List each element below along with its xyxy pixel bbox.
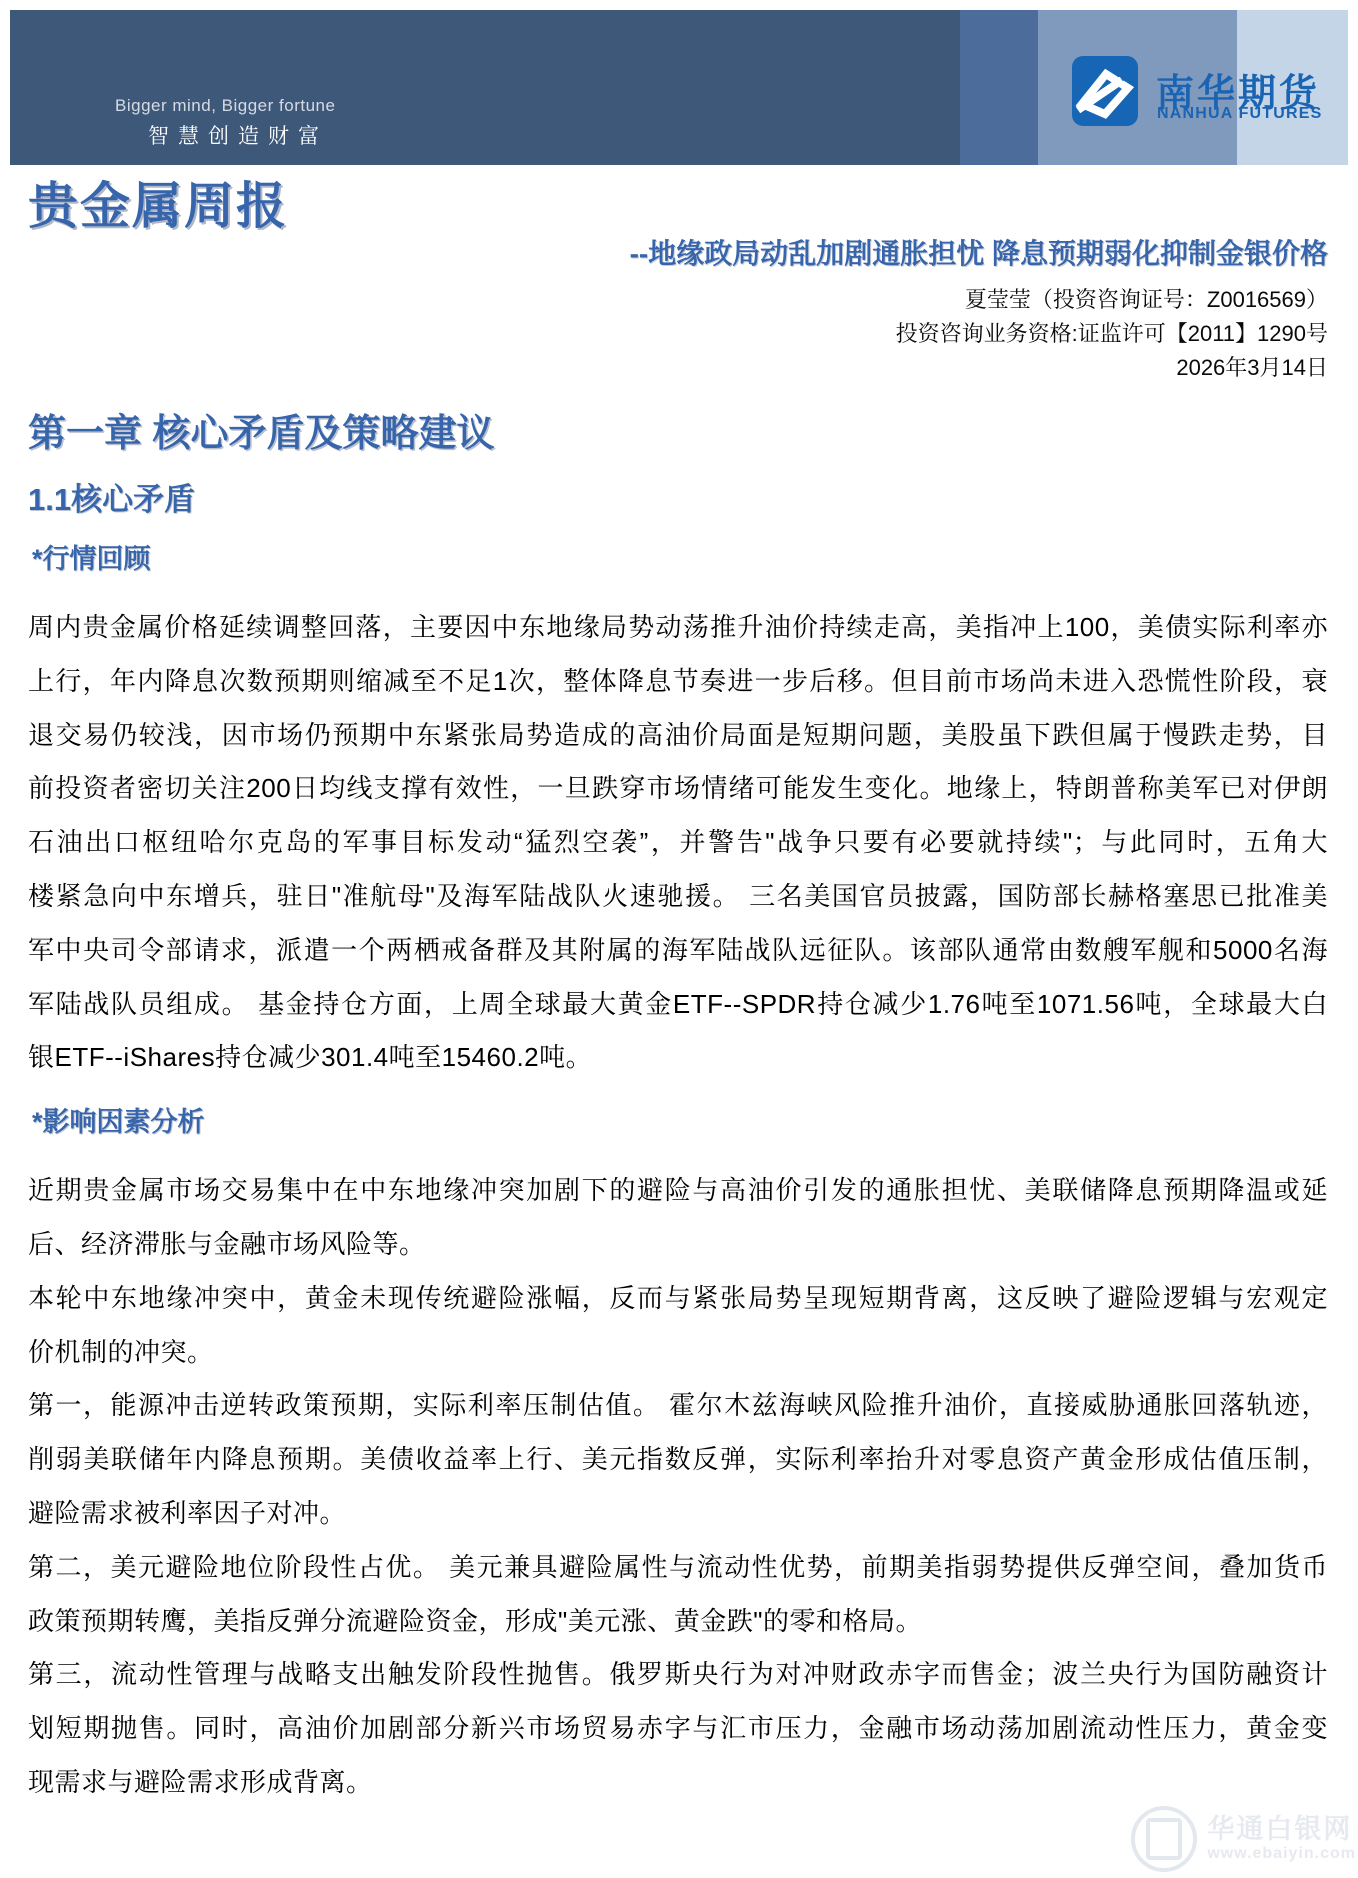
report-section: *行情回顾周内贵金属价格延续调整回落，主要因中东地缘局势动荡推升油价持续走高，美…: [28, 542, 1328, 1085]
author-info-block: 夏莹莹（投资咨询证号：Z0016569） 投资咨询业务资格:证监许可【2011】…: [896, 283, 1328, 385]
paragraph-line: 周内贵金属价格延续调整回落，主要因中东地缘局势动荡推升油价持续走高，美指冲上10…: [28, 601, 1328, 655]
report-section: *影响因素分析近期贵金属市场交易集中在中东地缘冲突加剧下的避险与高油价引发的通胀…: [28, 1105, 1328, 1810]
report-title: 贵金属周报: [28, 166, 288, 238]
paragraph-line: 划短期抛售。同时，高油价加剧部分新兴市场贸易赤字与汇市压力，金融市场动荡加剧流动…: [28, 1702, 1328, 1756]
paragraph-line: 避险需求被利率因子对冲。: [28, 1487, 1328, 1541]
watermark: 华通白银网 www.ebaiyin.com: [1131, 1806, 1356, 1872]
paragraph-line: 政策预期转鹰，美指反弹分流避险资金，形成"美元涨、黄金跌"的零和格局。: [28, 1595, 1328, 1649]
tagline-english: Bigger mind, Bigger fortune: [115, 96, 335, 116]
chapter-subheading: 1.1核心矛盾: [28, 474, 195, 519]
paragraph-line: 石油出口枢纽哈尔克岛的军事目标发动“猛烈空袭”，并警告"战争只要有必要就持续"；…: [28, 816, 1328, 870]
header-banner: Bigger mind, Bigger fortune 智慧创造财富 南华期货 …: [10, 10, 1348, 165]
paragraph: 第二，美元避险地位阶段性占优。 美元兼具避险属性与流动性优势，前期美指弱势提供反…: [28, 1541, 1328, 1649]
paragraph-line: 现需求与避险需求形成背离。: [28, 1756, 1328, 1810]
watermark-site-name: 华通白银网: [1207, 1814, 1356, 1845]
paragraph: 近期贵金属市场交易集中在中东地缘冲突加剧下的避险与高油价引发的通胀担忧、美联储降…: [28, 1164, 1328, 1272]
paragraph: 第一，能源冲击逆转政策预期，实际利率压制估值。 霍尔木兹海峡风险推升油价，直接威…: [28, 1379, 1328, 1540]
paragraph-line: 银ETF--iShares持仓减少301.4吨至15460.2吨。: [28, 1031, 1328, 1085]
paragraph-line: 近期贵金属市场交易集中在中东地缘冲突加剧下的避险与高油价引发的通胀担忧、美联储降…: [28, 1164, 1328, 1218]
paragraph: 本轮中东地缘冲突中，黄金未现传统避险涨幅，反而与紧张局势呈现短期背离，这反映了避…: [28, 1272, 1328, 1380]
paragraph-line: 削弱美联储年内降息预期。美债收益率上行、美元指数反弹，实际利率抬升对零息资产黄金…: [28, 1433, 1328, 1487]
paragraph: 第三，流动性管理与战略支出触发阶段性抛售。俄罗斯央行为对冲财政赤字而售金；波兰央…: [28, 1648, 1328, 1809]
paragraph-line: 价机制的冲突。: [28, 1326, 1328, 1380]
watermark-site-url: www.ebaiyin.com: [1207, 1845, 1356, 1863]
section-label: *行情回顾: [32, 542, 1328, 576]
section-label: *影响因素分析: [32, 1105, 1328, 1139]
paragraph-line: 军中央司令部请求，派遣一个两栖戒备群及其附属的海军陆战队远征队。该部队通常由数艘…: [28, 924, 1328, 978]
paragraph-line: 上行，年内降息次数预期则缩减至不足1次，整体降息节奏进一步后移。但目前市场尚未进…: [28, 655, 1328, 709]
logo-name-english: NANHUA FUTURES: [1157, 105, 1323, 123]
nanhua-logo-icon: [1072, 56, 1138, 126]
paragraph-line: 军陆战队员组成。 基金持仓方面，上周全球最大黄金ETF--SPDR持仓减少1.7…: [28, 978, 1328, 1032]
report-page: Bigger mind, Bigger fortune 智慧创造财富 南华期货 …: [0, 0, 1358, 1878]
report-date: 2026年3月14日: [896, 351, 1328, 385]
paragraph-line: 第一，能源冲击逆转政策预期，实际利率压制估值。 霍尔木兹海峡风险推升油价，直接威…: [28, 1379, 1328, 1433]
paragraph-line: 前投资者密切关注200日均线支撑有效性，一旦跌穿市场情绪可能发生变化。地缘上，特…: [28, 762, 1328, 816]
chapter-heading: 第一章 核心矛盾及策略建议: [28, 402, 495, 457]
report-subtitle: --地缘政局动乱加剧通胀担忧 降息预期弱化抑制金银价格: [630, 232, 1328, 272]
header-band-medium: [960, 10, 1038, 165]
watermark-coin-icon: [1131, 1806, 1197, 1872]
paragraph: 周内贵金属价格延续调整回落，主要因中东地缘局势动荡推升油价持续走高，美指冲上10…: [28, 601, 1328, 1085]
paragraph-line: 本轮中东地缘冲突中，黄金未现传统避险涨幅，反而与紧张局势呈现短期背离，这反映了避…: [28, 1272, 1328, 1326]
qualification-line: 投资咨询业务资格:证监许可【2011】1290号: [896, 317, 1328, 351]
report-sections: *行情回顾周内贵金属价格延续调整回落，主要因中东地缘局势动荡推升油价持续走高，美…: [28, 542, 1328, 1810]
tagline-chinese: 智慧创造财富: [148, 120, 328, 150]
paragraph-line: 后、经济滞胀与金融市场风险等。: [28, 1218, 1328, 1272]
paragraph-line: 楼紧急向中东增兵，驻日"准航母"及海军陆战队火速驰援。 三名美国官员披露，国防部…: [28, 870, 1328, 924]
paragraph-line: 第三，流动性管理与战略支出触发阶段性抛售。俄罗斯央行为对冲财政赤字而售金；波兰央…: [28, 1648, 1328, 1702]
author-line: 夏莹莹（投资咨询证号：Z0016569）: [896, 283, 1328, 317]
paragraph-line: 第二，美元避险地位阶段性占优。 美元兼具避险属性与流动性优势，前期美指弱势提供反…: [28, 1541, 1328, 1595]
paragraph-line: 退交易仍较浅，因市场仍预期中东紧张局势造成的高油价局面是短期问题，美股虽下跌但属…: [28, 709, 1328, 763]
